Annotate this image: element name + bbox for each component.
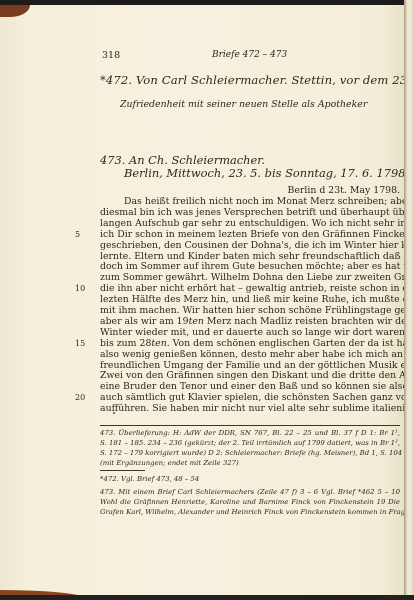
body-line: freundlichen Umgang der Familie und an d… xyxy=(100,360,400,371)
body-line: lernte. Eltern und Kinder baten mich seh… xyxy=(100,251,400,262)
letter-472-summary: Zufriedenheit mit seiner neuen Stelle al… xyxy=(120,99,367,110)
body-line: mit ihm machen. Wir hatten hier schon sc… xyxy=(100,305,400,316)
apparatus-line: S. 172 – 179 korrigiert wurde) D 2: Schl… xyxy=(100,449,400,457)
body-line: bis zum 28ten. Von dem schönen englische… xyxy=(100,338,400,349)
ink-speck xyxy=(113,412,115,414)
body-line: eine Bruder den Tenor und einer den Baß … xyxy=(100,381,400,392)
body-line: Zwei von den Gräfinnen singen den Diskan… xyxy=(100,370,400,381)
letter-473-date-range: Berlin, Mittwoch, 23. 5. bis Sonntag, 17… xyxy=(124,166,404,180)
book-page: 318 Briefe 472 – 473 *472. Von Carl Schl… xyxy=(0,5,404,595)
line-number: 10 xyxy=(75,284,85,293)
body-line: geschrieben, den Cousinen der Dohna's, d… xyxy=(100,240,400,251)
body-line: die ihn aber nicht erhört hat – gewaltig… xyxy=(100,283,400,294)
body-line: ich Dir schon in meinem lezten Briefe vo… xyxy=(100,229,400,240)
notes-rule xyxy=(100,470,145,471)
note-473-line: 473. Mit einem Brief Carl Schleiermacher… xyxy=(100,488,400,496)
apparatus-line: (mit Ergänzungen; endet mit Zeile 327) xyxy=(100,459,400,467)
line-number: 5 xyxy=(75,230,80,239)
note-473-line: Wohl die Gräfinnen Henriette, Karoline u… xyxy=(100,498,400,506)
letter-473-heading: 473. An Ch. Schleiermacher. xyxy=(100,153,265,167)
body-line: auch sämtlich gut Klavier spielen, die s… xyxy=(100,392,400,403)
dateline: Berlin d 23t. May 1798. xyxy=(100,185,400,196)
body-line: zum Sommer gewährt. Wilhelm Dohna den Li… xyxy=(100,272,400,283)
body-line: aber als wir am 19ten Merz nach Madliz r… xyxy=(100,316,400,327)
note-472: *472. Vgl. Brief 473, 48 – 54 xyxy=(100,475,400,483)
letter-472-heading: *472. Von Carl Schleiermacher. Stettin, … xyxy=(100,73,404,87)
body-line: doch im Sommer auf ihrem Gute besuchen m… xyxy=(100,261,400,272)
body-line: aufführen. Sie haben mir nicht nur viel … xyxy=(100,403,400,414)
line-number: 15 xyxy=(75,339,85,348)
body-line: also wenig genießen können, desto mehr a… xyxy=(100,349,400,360)
apparatus-line: S. 181 – 185. 234 – 236 (gekürzt; der 2.… xyxy=(100,439,400,447)
apparatus-line: 473. Überlieferung: H: AdW der DDR, SN 7… xyxy=(100,429,400,437)
footnote-rule xyxy=(100,425,400,426)
body-line: Das heißt freilich nicht noch im Monat M… xyxy=(100,196,400,207)
book-cover-corner xyxy=(0,5,30,17)
line-number: 20 xyxy=(75,393,85,402)
background xyxy=(0,595,414,600)
page-edge xyxy=(404,0,414,600)
body-line: diesmal bin ich was jenes Versprechen be… xyxy=(100,207,400,218)
note-473-line: Grafen Karl, Wilhelm, Alexander und Hein… xyxy=(100,508,400,516)
body-line: Winter wieder mit, und er dauerte auch s… xyxy=(100,327,400,338)
body-line: lezten Hälfte des Merz hin, und ließ mir… xyxy=(100,294,400,305)
running-head: Briefe 472 – 473 xyxy=(212,50,287,60)
page-number: 318 xyxy=(102,50,120,61)
body-line: langen Aufschub gar sehr zu entschuldige… xyxy=(100,218,400,229)
